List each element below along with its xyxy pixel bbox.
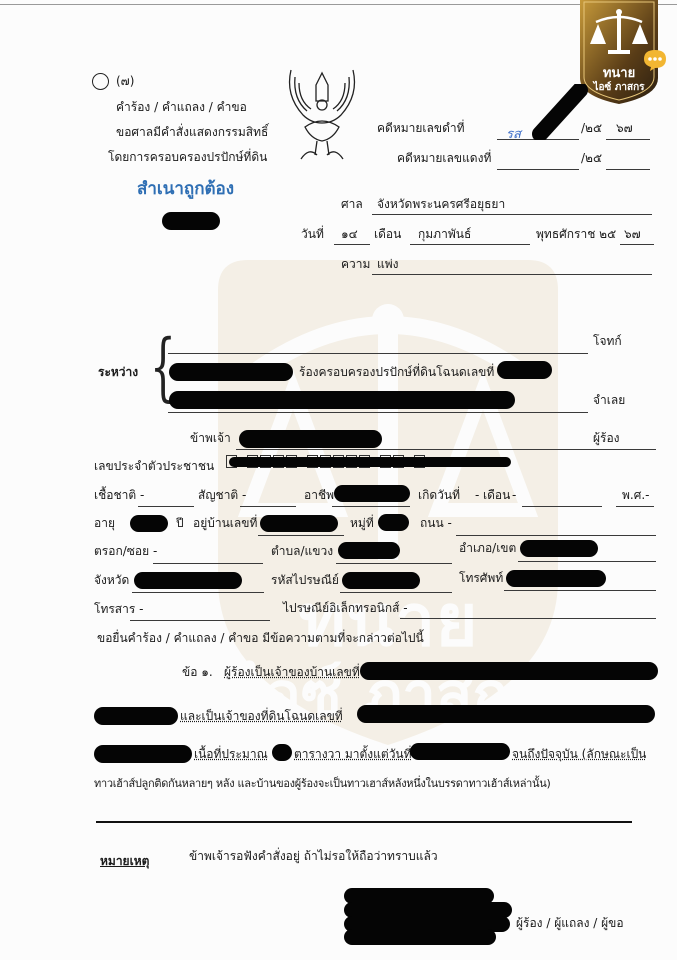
email-label: ไปรษณีย์อิเล็กทรอนิกส์ - — [283, 600, 408, 616]
province-line — [132, 592, 264, 593]
form-title-line2: ขอศาลมีคำสั่งแสดงกรรมสิทธิ์ — [116, 124, 268, 140]
red-case-year-prefix: /๒๕ — [581, 150, 602, 166]
year-line — [606, 169, 650, 170]
postcode-line — [340, 592, 452, 593]
road-line — [456, 535, 656, 536]
form-circle-icon — [92, 73, 109, 90]
court-value: จังหวัดพระนครศรีอยุธยา — [377, 196, 505, 212]
occupation-label: อาชีพ — [304, 487, 334, 503]
year-value: ๖๗ — [624, 226, 641, 242]
petitioner-label: ผู้ร้อง — [593, 430, 620, 446]
paper-edge — [0, 4, 677, 5]
redaction — [229, 457, 511, 467]
clause-line2: และเป็นเจ้าของที่ดินโฉนดเลขที่ — [180, 708, 343, 724]
birth-month-label: เดือน — [483, 487, 510, 503]
matter-value: แพ่ง — [377, 256, 399, 272]
certified-copy-stamp: สำเนาถูกต้อง — [137, 175, 234, 202]
subdistrict-line — [336, 563, 452, 564]
clause-line3a: เนื้อที่ประมาณ — [194, 746, 268, 762]
age-label: อายุ — [94, 515, 115, 531]
redaction — [360, 662, 658, 680]
redaction-stroke — [532, 84, 588, 140]
birth-year-line — [616, 506, 654, 507]
house-no-label: อยู่บ้านเลขที่ — [193, 515, 257, 531]
subdistrict-label: ตำบล/แขวง — [271, 543, 333, 559]
clause-number: ข้อ ๑. — [182, 664, 213, 680]
black-case-label: คดีหมายเลขดำที่ — [377, 120, 465, 136]
redaction — [169, 363, 293, 381]
redaction — [342, 572, 420, 589]
redaction — [338, 542, 400, 559]
form-title-line3: โดยการครอบครองปรปักษ์ที่ดิน — [108, 149, 267, 165]
fax-line — [130, 620, 270, 621]
soi-label: ตรอก/ซอย - — [94, 543, 157, 559]
garuda-emblem-icon — [283, 65, 361, 165]
intro-text: ขอยื่นคำร้อง / คำแถลง / คำขอ มีข้อความตา… — [97, 630, 424, 646]
svg-text:ทนาย: ทนาย — [298, 578, 477, 662]
i-label: ข้าพเจ้า — [190, 430, 231, 446]
redaction — [134, 572, 242, 589]
clause-line4: ทาวเฮ้าส์ปลูกติดกันหลายๆ หลัง และบ้านของ… — [94, 776, 550, 791]
redaction — [130, 515, 168, 532]
defendant-line — [168, 412, 588, 413]
nationality-label: สัญชาติ - — [198, 487, 246, 503]
postcode-label: รหัสไปรษณีย์ — [271, 572, 339, 588]
between-label: ระหว่าง — [98, 364, 138, 380]
birth-day-value: - — [475, 487, 479, 503]
redaction — [169, 391, 515, 409]
redaction — [239, 430, 382, 448]
day-value: ๑๔ — [341, 226, 358, 242]
moo-label: หมู่ที่ — [350, 515, 374, 531]
year-label: พุทธศักราช ๒๕ — [536, 226, 616, 242]
id-label: เลขประจำตัวประชาชน — [94, 458, 214, 474]
road-label: ถนน - — [420, 515, 452, 531]
province-label: จังหวัด — [94, 572, 129, 588]
form-number: (๗) — [116, 73, 134, 89]
clause-line3b: ตารางวา มาตั้งแต่วันที่ — [294, 746, 412, 762]
district-line — [518, 561, 656, 562]
month-line — [410, 244, 530, 245]
court-petition-page: ทนาย ไอซ์ ภาสกร ทนาย ไอซ์ ภาสกร — [0, 0, 677, 960]
black-case-handwritten: รส — [506, 123, 521, 144]
redaction — [378, 514, 409, 531]
red-case-line — [497, 169, 579, 170]
month-value: กุมภาพันธ์ — [418, 226, 471, 242]
day-line — [334, 244, 370, 245]
year-unit: ปี — [176, 515, 184, 531]
logo-text-line2: ไอซ์ ภาสกร — [578, 80, 660, 95]
phone-line — [504, 590, 656, 591]
house-no-line — [258, 535, 344, 536]
phone-label: โทรศัพท์ — [459, 570, 503, 586]
matter-label: ความ — [341, 256, 370, 272]
birth-year-label: พ.ศ.- — [622, 487, 650, 503]
redaction — [410, 743, 510, 760]
occupation-line — [332, 506, 410, 507]
redaction — [344, 929, 496, 945]
redaction — [162, 212, 220, 230]
birth-month-line — [522, 506, 602, 507]
soi-line — [153, 563, 263, 564]
year-line — [606, 139, 650, 140]
redaction — [357, 705, 655, 723]
clause-line1: ผู้ร้องเป็นเจ้าของบ้านเลขที่ — [224, 664, 360, 680]
black-case-year-suffix: ๖๗ — [616, 120, 633, 136]
redaction — [94, 707, 178, 725]
remark-text: ข้าพเจ้ารอฟังคำสั่งอยู่ ถ้าไม่รอให้ถือว่… — [189, 848, 438, 864]
black-case-year-prefix: /๒๕ — [581, 120, 602, 136]
plaintiff-line — [168, 353, 588, 354]
chat-bubble-icon — [642, 48, 668, 72]
redaction — [272, 744, 292, 761]
district-label: อำเภอ/เขต — [459, 540, 516, 556]
race-line — [138, 506, 194, 507]
petitioner-line — [236, 449, 656, 450]
plaintiff-label: โจทก์ — [593, 333, 622, 349]
signature-role: ผู้ร้อง / ผู้แถลง / ผู้ขอ — [516, 915, 624, 931]
court-line — [372, 214, 652, 215]
defendant-label: จำเลย — [593, 392, 625, 408]
clause-line3c: จนถึงปัจจุบัน (ลักษณะเป็น — [512, 746, 646, 762]
redaction — [94, 745, 192, 763]
court-label: ศาล — [341, 196, 363, 212]
redaction — [506, 570, 606, 587]
remark-label: หมายเหตุ — [100, 853, 149, 869]
nationality-line — [240, 506, 296, 507]
month-label: เดือน — [374, 226, 401, 242]
race-label: เชื้อชาติ - — [94, 487, 144, 503]
year-line — [620, 244, 654, 245]
redaction — [334, 485, 410, 502]
redaction — [520, 540, 598, 557]
lawyer-logo-badge: ทนาย ไอซ์ ภาสกร — [578, 0, 660, 104]
form-title-line1: คำร้อง / คำแถลง / คำขอ — [116, 99, 247, 115]
matter-line — [372, 274, 652, 275]
email-line — [400, 618, 656, 619]
day-label: วันที่ — [301, 226, 324, 242]
redaction — [497, 361, 552, 379]
birth-day-label: เกิดวันที่ — [418, 487, 460, 503]
fax-label: โทรสาร - — [94, 601, 143, 617]
section-divider — [96, 821, 632, 823]
redaction — [260, 515, 338, 532]
claim-text: ร้องครอบครองปรปักษ์ที่ดินโฉนดเลขที่ — [299, 364, 494, 380]
birth-month-value: - — [512, 487, 516, 503]
red-case-label: คดีหมายเลขแดงที่ — [397, 150, 491, 166]
